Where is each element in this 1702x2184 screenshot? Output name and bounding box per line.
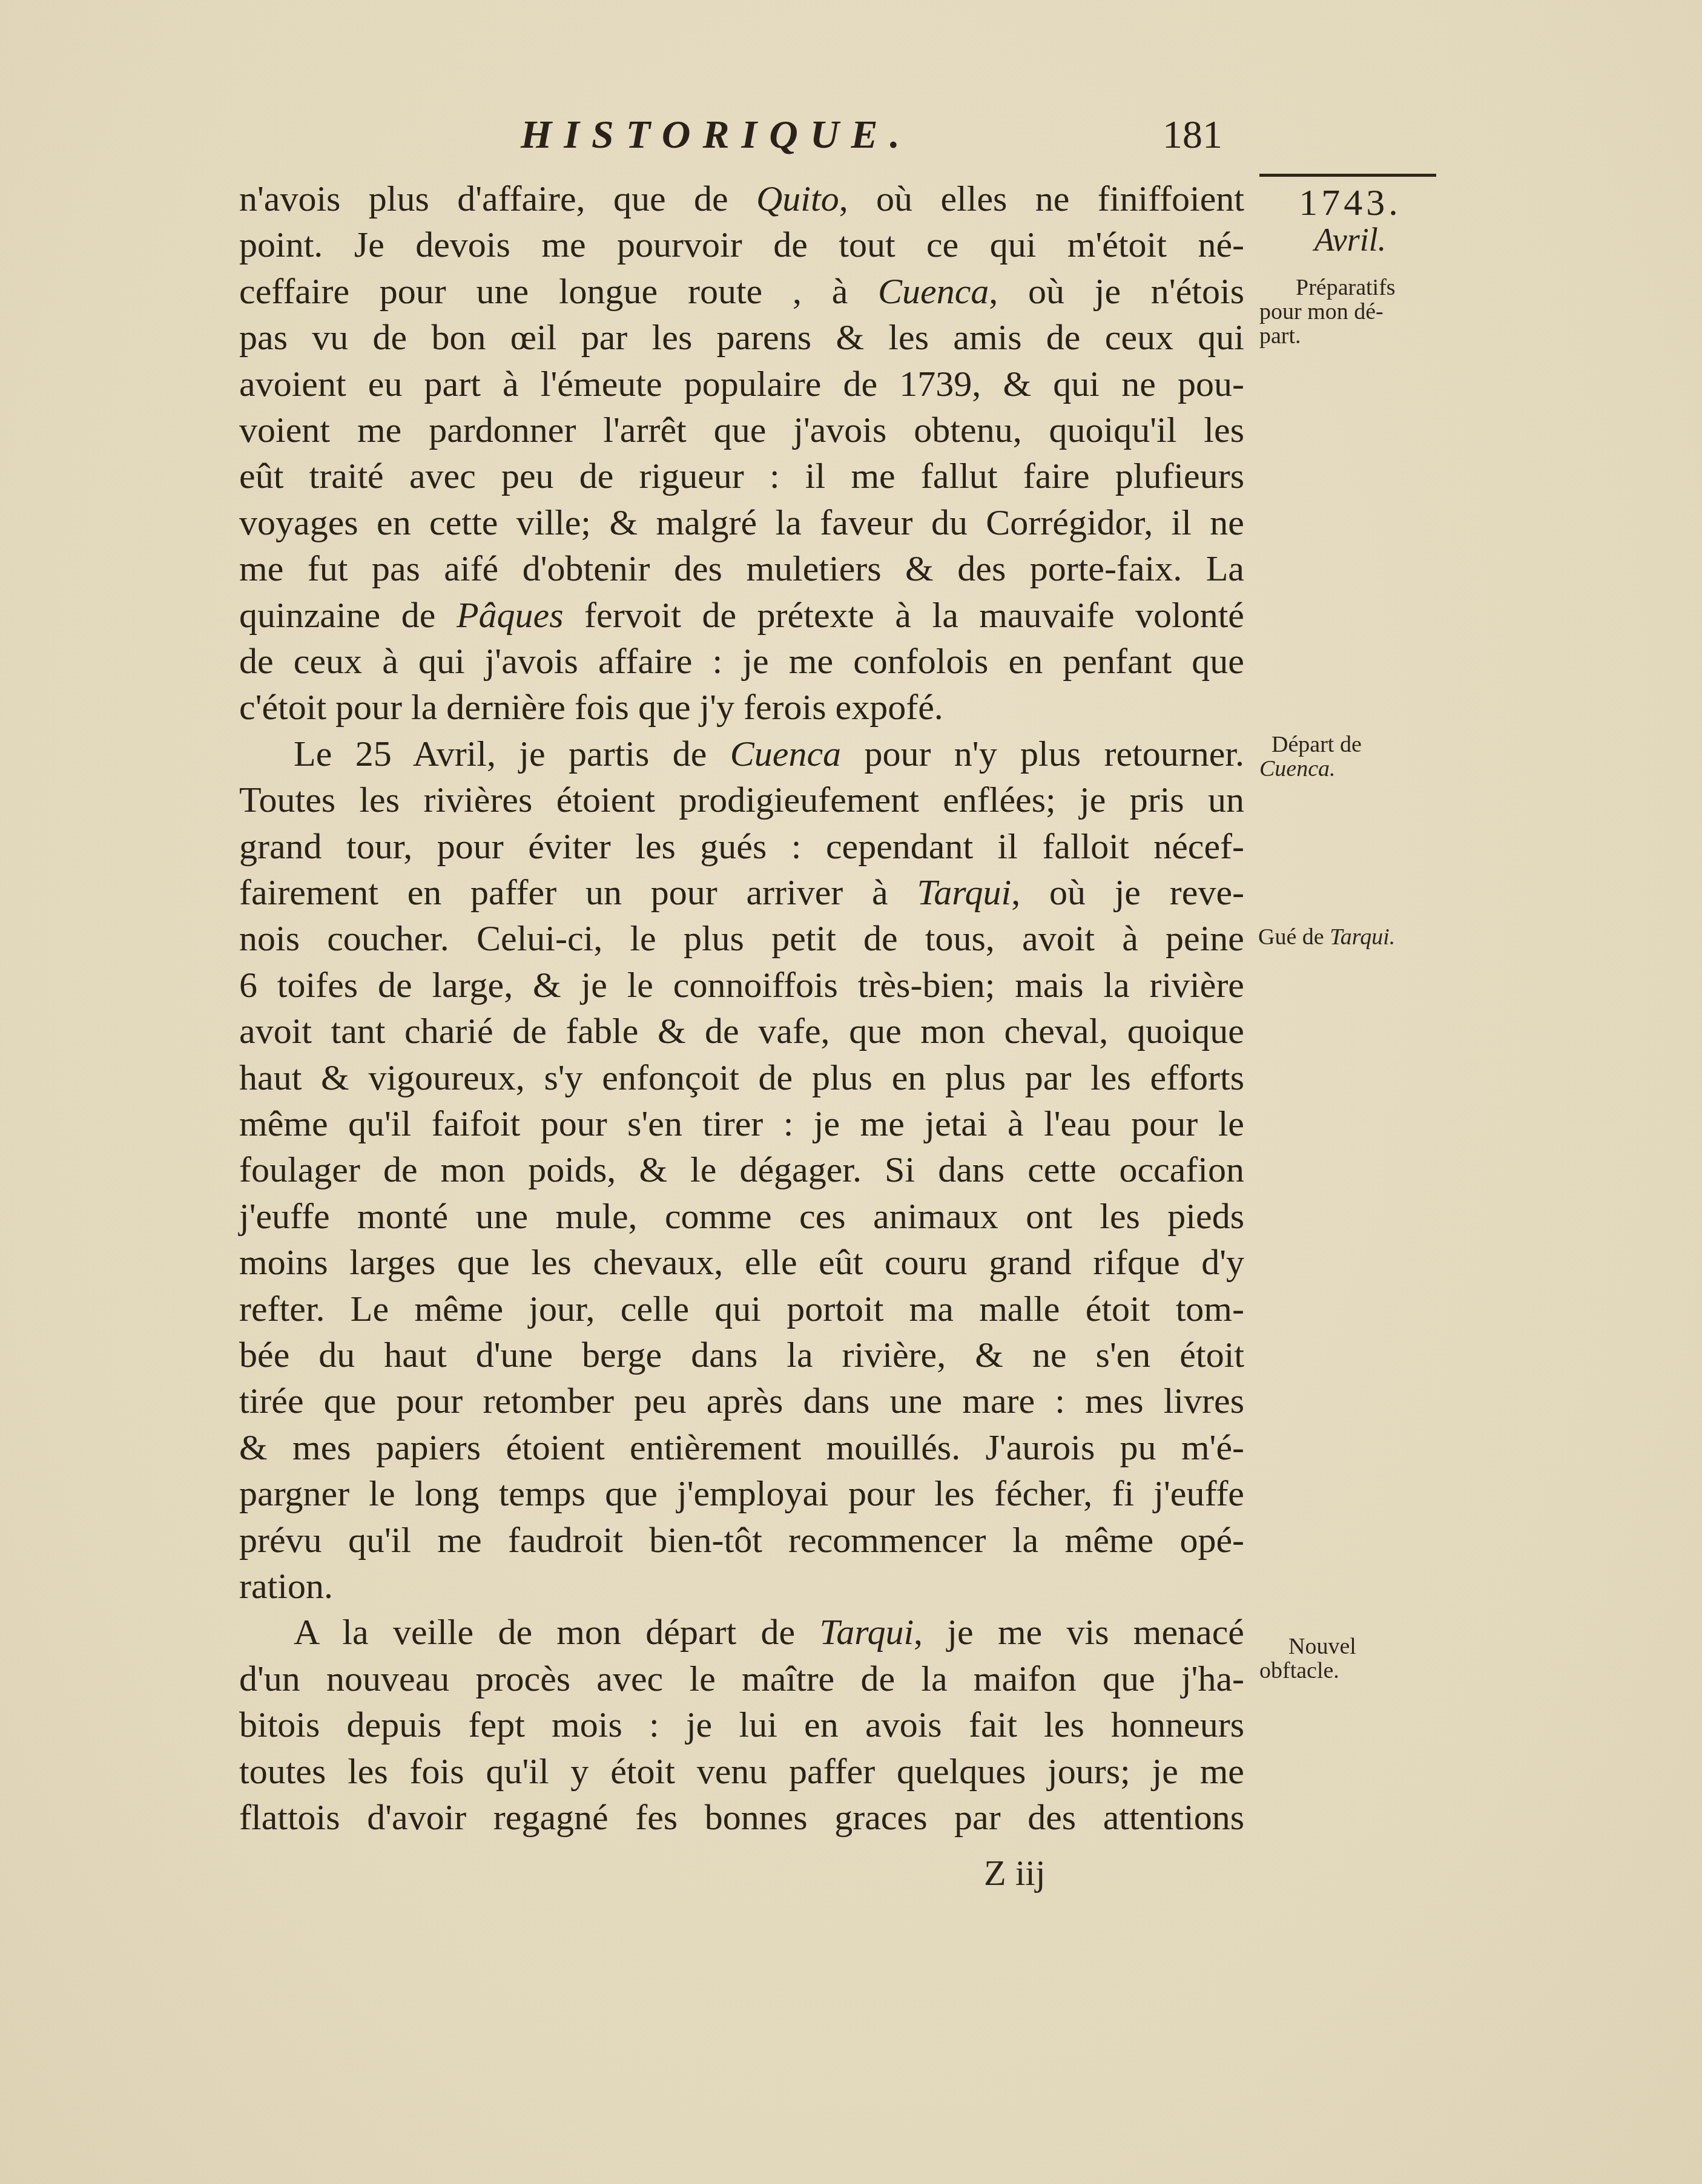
text-segment: fairement en paffer un pour arriver à xyxy=(239,872,917,912)
margin-month: Avril. xyxy=(1272,221,1429,258)
text-line: & mes papiers étoient entièrement mouill… xyxy=(239,1424,1244,1470)
margin-year: 1743. xyxy=(1272,182,1429,225)
text-line: point. Je devois me pourvoir de tout ce … xyxy=(239,222,1244,268)
text-line: nois coucher. Celui-ci, le plus petit de… xyxy=(239,915,1244,961)
text-line: me fut pas aifé d'obtenir des muletiers … xyxy=(239,545,1244,591)
text-segment: 6 toifes de large, & je le connoiffois t… xyxy=(239,965,1244,1005)
text-segment: voyages en cette ville; & malgré la fave… xyxy=(239,502,1244,542)
text-segment: point. Je devois me pourvoir de tout ce … xyxy=(239,225,1244,265)
text-line: foulager de mon poids, & le dégager. Si … xyxy=(239,1146,1244,1192)
margin-note-line: Cuenca. xyxy=(1259,757,1441,781)
text-line: flattois d'avoir regagné fes bonnes grac… xyxy=(239,1794,1244,1840)
text-line: c'étoit pour la dernière fois que j'y fe… xyxy=(239,684,1244,730)
margin-note-line: Départ de xyxy=(1259,732,1441,757)
text-line: d'un nouveau procès avec le maître de la… xyxy=(239,1656,1244,1702)
text-segment: Toutes les rivières étoient prodigieufem… xyxy=(239,780,1244,820)
text-line: quinzaine de Pâques fervoit de prétexte … xyxy=(239,592,1244,638)
margin-note-line: pour mon dé- xyxy=(1259,300,1441,324)
text-line: tirée que pour retomber peu après dans u… xyxy=(239,1378,1244,1424)
text-segment: quinzaine de xyxy=(239,595,457,635)
text-line: j'euffe monté une mule, comme ces animau… xyxy=(239,1193,1244,1239)
italic-place-name: Pâques xyxy=(457,595,564,635)
text-segment: fervoit de prétexte à la mauvaife volont… xyxy=(564,595,1244,635)
text-segment: c'étoit pour la dernière fois que j'y fe… xyxy=(239,687,943,727)
text-segment: refter. Le même jour, celle qui portoit … xyxy=(239,1289,1244,1329)
text-line: eût traité avec peu de rigueur : il me f… xyxy=(239,453,1244,499)
text-line: bée du haut d'une berge dans la rivière,… xyxy=(239,1332,1244,1378)
text-segment: prévu qu'il me faudroit bien-tôt recomme… xyxy=(239,1520,1244,1560)
text-segment: , je me vis menacé xyxy=(914,1612,1244,1652)
text-line: A la veille de mon départ de Tarqui, je … xyxy=(239,1609,1244,1655)
text-line: Toutes les rivières étoient prodigieufem… xyxy=(239,777,1244,823)
text-segment: grand tour, pour éviter les gués : cepen… xyxy=(239,826,1244,866)
text-segment: foulager de mon poids, & le dégager. Si … xyxy=(239,1150,1244,1189)
text-segment: n'avois plus d'affaire, que de xyxy=(239,179,756,219)
margin-note-line: Préparatifs xyxy=(1259,275,1441,300)
text-line: pargner le long temps que j'employai pou… xyxy=(239,1470,1244,1516)
text-line: 6 toifes de large, & je le connoiffois t… xyxy=(239,962,1244,1008)
margin-note-line: Nouvel xyxy=(1259,1634,1441,1659)
text-segment: , où je n'étois xyxy=(989,271,1244,311)
text-segment: Le 25 Avril, je partis de xyxy=(294,734,730,774)
text-line: moins larges que les chevaux, elle eût c… xyxy=(239,1239,1244,1285)
text-line: grand tour, pour éviter les gués : cepen… xyxy=(239,823,1244,869)
text-line: ration. xyxy=(239,1563,1244,1609)
text-segment: voient me pardonner l'arrêt que j'avois … xyxy=(239,410,1244,450)
italic-place-name: Cuenca xyxy=(730,734,841,774)
text-line: n'avois plus d'affaire, que de Quito, où… xyxy=(239,176,1244,222)
text-segment: ceffaire pour une longue route , à xyxy=(239,271,878,311)
text-segment: flattois d'avoir regagné fes bonnes grac… xyxy=(239,1797,1244,1837)
text-segment: bée du haut d'une berge dans la rivière,… xyxy=(239,1335,1244,1375)
text-line: avoit tant charié de fable & de vafe, qu… xyxy=(239,1008,1244,1054)
text-segment: pas vu de bon œil par les parens & les a… xyxy=(239,317,1244,357)
text-line: haut & vigoureux, s'y enfonçoit de plus … xyxy=(239,1054,1244,1100)
italic-place-name: Tarqui xyxy=(819,1612,914,1652)
text-segment: me fut pas aifé d'obtenir des muletiers … xyxy=(239,548,1244,588)
book-page: HISTORIQUE. 181 1743. Avril. Préparatifs… xyxy=(0,0,1702,2184)
text-line: toutes les fois qu'il y étoit venu paffe… xyxy=(239,1748,1244,1794)
text-line: refter. Le même jour, celle qui portoit … xyxy=(239,1286,1244,1332)
margin-note-gue-tarqui: Gué de Tarqui. xyxy=(1258,925,1458,949)
margin-note-depart-cuenca: Départ de Cuenca. xyxy=(1259,732,1441,781)
text-line: de ceux à qui j'avois affaire : je me co… xyxy=(239,638,1244,684)
italic-place-name: Cuenca xyxy=(878,271,989,311)
text-segment: avoit tant charié de fable & de vafe, qu… xyxy=(239,1011,1244,1051)
text-segment: de ceux à qui j'avois affaire : je me co… xyxy=(239,641,1244,681)
text-segment: A la veille de mon départ de xyxy=(294,1612,819,1652)
margin-note-nouvel-obstacle: Nouvel obftacle. xyxy=(1259,1634,1441,1683)
text-line: fairement en paffer un pour arriver à Ta… xyxy=(239,869,1244,915)
text-line: voient me pardonner l'arrêt que j'avois … xyxy=(239,407,1244,453)
margin-note-text: Gué de xyxy=(1258,924,1330,950)
margin-rule xyxy=(1259,174,1436,177)
text-segment: haut & vigoureux, s'y enfonçoit de plus … xyxy=(239,1057,1244,1097)
text-segment: nois coucher. Celui-ci, le plus petit de… xyxy=(239,918,1244,958)
text-line: même qu'il faifoit pour s'en tirer : je … xyxy=(239,1100,1244,1146)
italic-place-name: Tarqui xyxy=(917,872,1012,912)
text-segment: eût traité avec peu de rigueur : il me f… xyxy=(239,456,1244,496)
text-line: prévu qu'il me faudroit bien-tôt recomme… xyxy=(239,1517,1244,1563)
text-segment: pargner le long temps que j'employai pou… xyxy=(239,1473,1244,1513)
text-segment: même qu'il faifoit pour s'en tirer : je … xyxy=(239,1104,1244,1143)
text-segment: d'un nouveau procès avec le maître de la… xyxy=(239,1659,1244,1699)
margin-note-line: part. xyxy=(1259,324,1441,348)
text-line: bitois depuis fept mois : je lui en avoi… xyxy=(239,1702,1244,1748)
running-head: HISTORIQUE. xyxy=(521,112,912,158)
text-segment: , où elles ne finiffoient xyxy=(839,179,1244,219)
margin-note-preparatifs: Préparatifs pour mon dé- part. xyxy=(1259,275,1441,348)
text-segment: pour n'y plus retourner. xyxy=(841,734,1244,774)
margin-note-line: obftacle. xyxy=(1259,1659,1441,1683)
text-line: avoient eu part à l'émeute populaire de … xyxy=(239,361,1244,407)
text-line: Le 25 Avril, je partis de Cuenca pour n'… xyxy=(239,731,1244,777)
text-segment: ration. xyxy=(239,1566,333,1606)
text-segment: tirée que pour retomber peu après dans u… xyxy=(239,1381,1244,1421)
page-number: 181 xyxy=(1163,112,1222,158)
text-segment: & mes papiers étoient entièrement mouill… xyxy=(239,1427,1244,1467)
text-line: ceffaire pour une longue route , à Cuenc… xyxy=(239,268,1244,314)
text-segment: bitois depuis fept mois : je lui en avoi… xyxy=(239,1705,1244,1745)
italic-place-name: Quito xyxy=(756,179,839,219)
text-line: voyages en cette ville; & malgré la fave… xyxy=(239,499,1244,545)
text-segment: , où je reve- xyxy=(1011,872,1244,912)
text-segment: j'euffe monté une mule, comme ces animau… xyxy=(239,1196,1244,1236)
text-segment: toutes les fois qu'il y étoit venu paffe… xyxy=(239,1751,1244,1791)
margin-note-place: Tarqui. xyxy=(1330,924,1395,950)
text-segment: avoient eu part à l'émeute populaire de … xyxy=(239,364,1244,404)
text-line: pas vu de bon œil par les parens & les a… xyxy=(239,314,1244,360)
signature-mark: Z iij xyxy=(984,1852,1046,1894)
text-segment: moins larges que les chevaux, elle eût c… xyxy=(239,1242,1244,1282)
